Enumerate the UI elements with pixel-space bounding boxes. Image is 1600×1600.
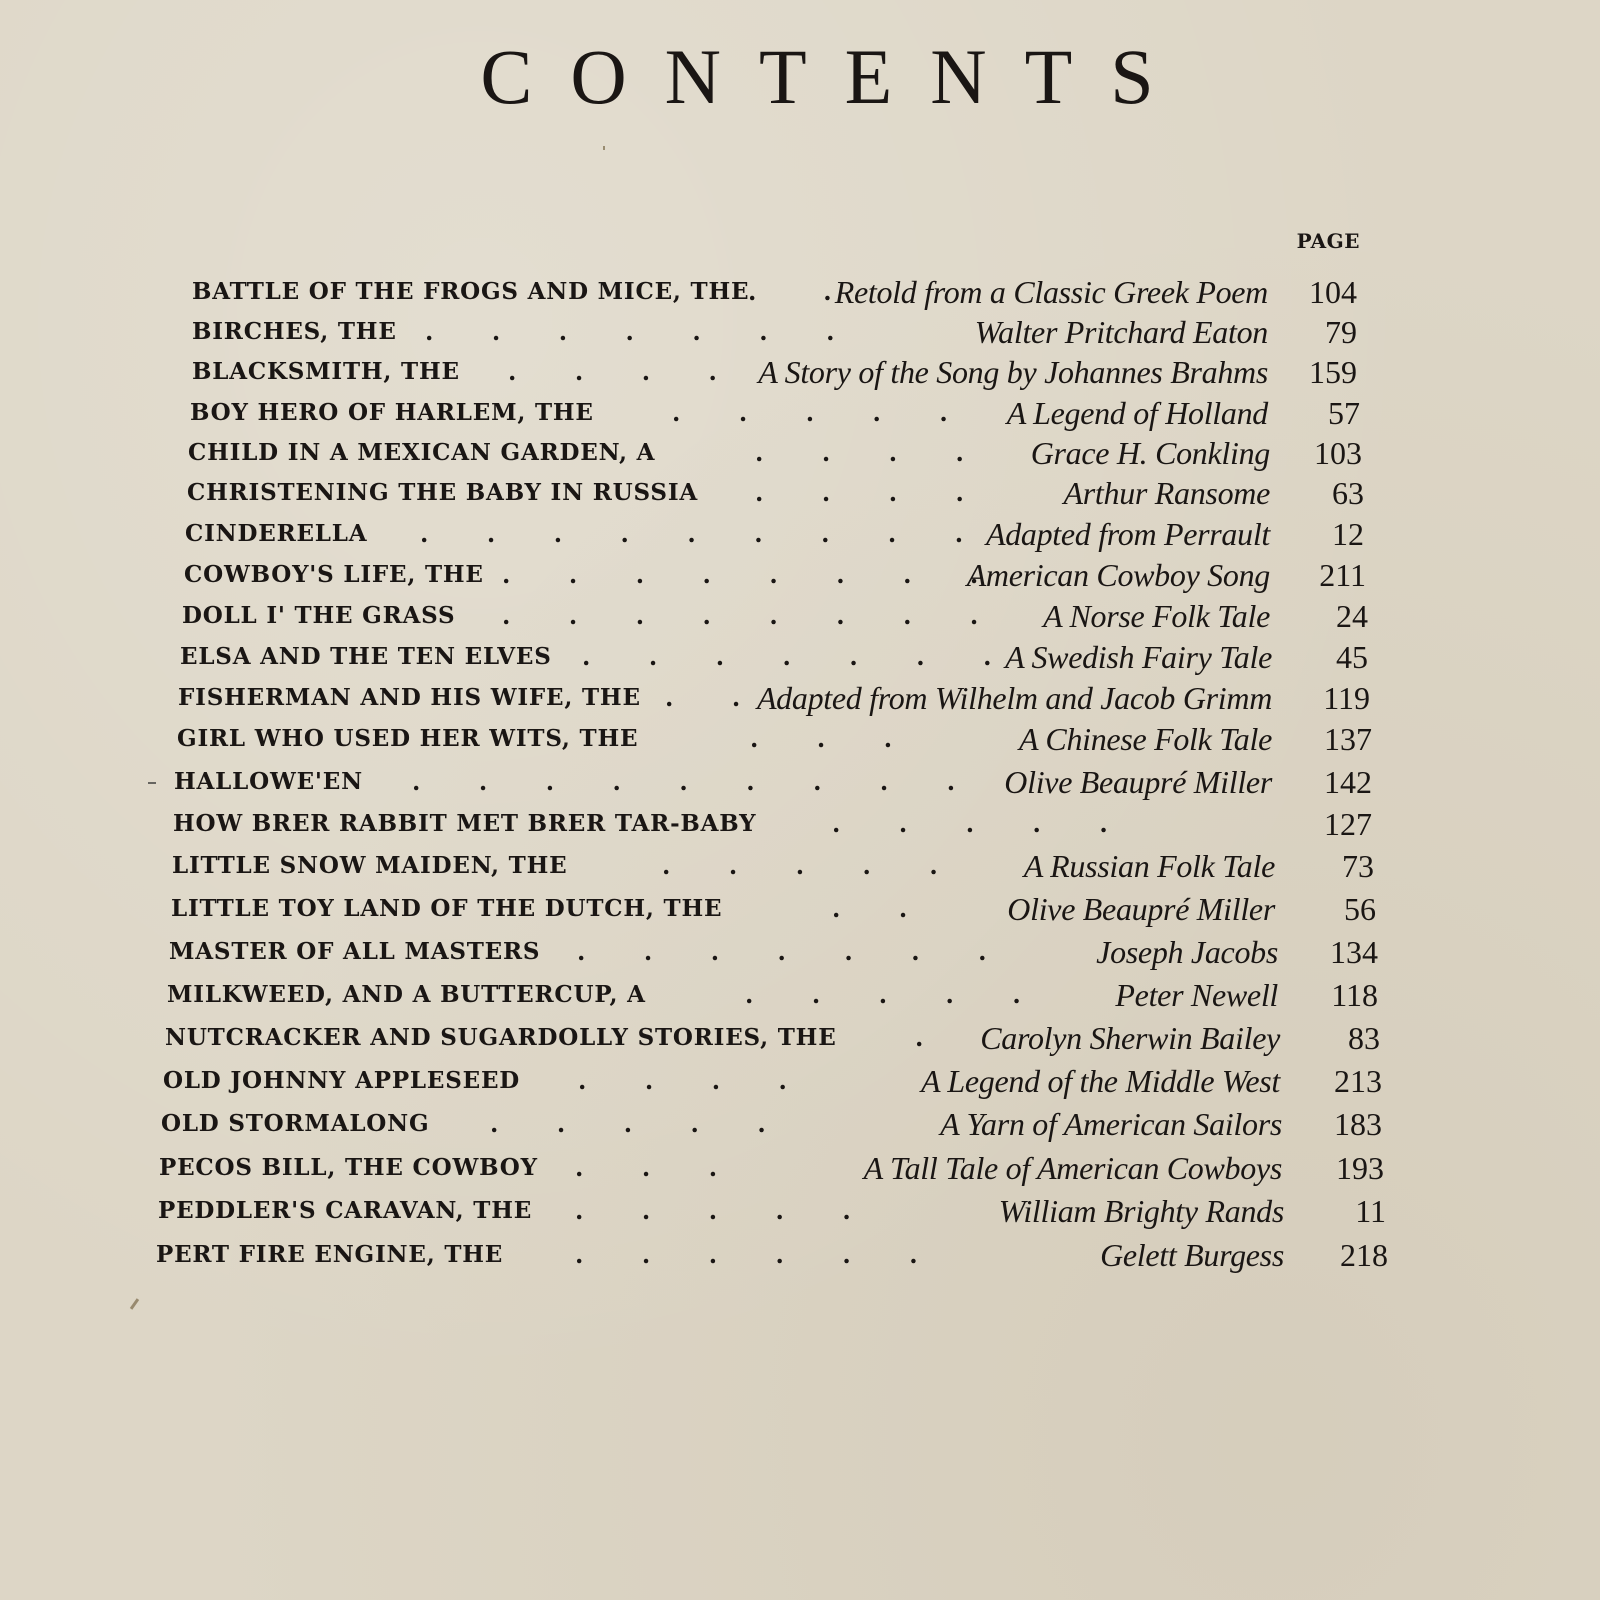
entry-source: A Legend of the Middle West — [921, 1061, 1280, 1101]
entry-source: Olive Beaupré Miller — [1004, 762, 1272, 802]
entry-source: Gelett Burgess — [1100, 1235, 1284, 1275]
entry-title: LITTLE SNOW MAIDEN, THE — [172, 846, 567, 886]
entry-source: A Russian Folk Tale — [1024, 846, 1275, 886]
toc-entry: PERT FIRE ENGINE, THE. . . . . .Gelett B… — [0, 1235, 1600, 1275]
dot-leader: . — [915, 1018, 923, 1058]
dot-leader: . . . . . — [662, 846, 938, 886]
entry-page-number: 57 — [1288, 393, 1360, 433]
entry-title: CHRISTENING THE BABY IN RUSSIA — [187, 473, 698, 513]
entry-page-number: 24 — [1296, 596, 1368, 636]
toc-entry: DOLL I' THE GRASS. . . . . . . .A Norse … — [0, 596, 1600, 636]
entry-title: GIRL WHO USED HER WITS, THE — [177, 719, 638, 759]
contents-page: CONTENTS PAGE BATTLE OF THE FROGS AND MI… — [0, 0, 1600, 1600]
entry-page-number: 118 — [1306, 975, 1378, 1015]
toc-entry: CHRISTENING THE BABY IN RUSSIA. . . .Art… — [0, 473, 1600, 513]
entry-page-number: 159 — [1285, 352, 1357, 392]
entry-page-number: 213 — [1310, 1061, 1382, 1101]
toc-entry: LITTLE TOY LAND OF THE DUTCH, THE. .Oliv… — [0, 889, 1600, 929]
entry-title: BOY HERO OF HARLEM, THE — [190, 393, 594, 433]
dot-leader: . . . . . . . . — [502, 596, 978, 636]
entry-title: BLACKSMITH, THE — [192, 352, 460, 392]
toc-entry: GIRL WHO USED HER WITS, THE. . .A Chines… — [0, 719, 1600, 759]
dot-leader: . . — [832, 889, 907, 929]
entry-title: PECOS BILL, THE COWBOY — [159, 1148, 538, 1188]
entry-page-number: 183 — [1310, 1104, 1382, 1144]
entry-source: Joseph Jacobs — [1096, 932, 1278, 972]
dot-leader: . . . . . . . — [582, 637, 991, 677]
entry-page-number: 79 — [1285, 312, 1357, 352]
entry-title: MILKWEED, AND A BUTTERCUP, A — [167, 975, 646, 1015]
paper-speck — [148, 782, 156, 784]
dot-leader: . . . . . — [832, 804, 1108, 844]
entry-page-number: 193 — [1312, 1148, 1384, 1188]
entry-source: A Tall Tale of American Cowboys — [864, 1148, 1282, 1188]
entry-source: Carolyn Sherwin Bailey — [980, 1018, 1280, 1058]
dot-leader: . . . . . — [490, 1104, 766, 1144]
dot-leader: . . . . — [755, 433, 964, 473]
entry-source: A Chinese Folk Tale — [1019, 719, 1272, 759]
toc-entry: LITTLE SNOW MAIDEN, THE. . . . .A Russia… — [0, 846, 1600, 886]
dot-leader: . . . . — [755, 473, 964, 513]
entry-title: OLD STORMALONG — [161, 1104, 429, 1144]
entry-source: William Brighty Rands — [999, 1191, 1284, 1231]
entry-title: HALLOWE'EN — [174, 762, 363, 802]
entry-title: FISHERMAN AND HIS WIFE, THE — [178, 678, 641, 718]
dot-leader: . . . . — [508, 352, 717, 392]
entry-source: Adapted from Wilhelm and Jacob Grimm — [757, 678, 1272, 718]
entry-title: LITTLE TOY LAND OF THE DUTCH, THE — [171, 889, 722, 929]
dot-leader: . . . . . . . — [577, 932, 986, 972]
toc-entry: ELSA AND THE TEN ELVES. . . . . . .A Swe… — [0, 637, 1600, 677]
toc-entry: BIRCHES, THE. . . . . . .Walter Pritchar… — [0, 312, 1600, 352]
entry-source: Olive Beaupré Miller — [1007, 889, 1275, 929]
toc-entry: MILKWEED, AND A BUTTERCUP, A. . . . .Pet… — [0, 975, 1600, 1015]
entry-source: A Legend of Holland — [1007, 393, 1268, 433]
entry-source: Grace H. Conkling — [1031, 433, 1270, 473]
entry-title: PEDDLER'S CARAVAN, THE — [158, 1191, 532, 1231]
entry-page-number: 142 — [1300, 762, 1372, 802]
toc-entry: MASTER OF ALL MASTERS. . . . . . .Joseph… — [0, 932, 1600, 972]
entry-source: A Norse Folk Tale — [1043, 596, 1270, 636]
entry-source: Adapted from Perrault — [986, 514, 1270, 554]
dot-leader: . . . . . — [575, 1191, 851, 1231]
entry-page-number: 137 — [1300, 719, 1372, 759]
entry-source: Arthur Ransome — [1064, 473, 1270, 513]
dot-leader: . . . . . — [745, 975, 1021, 1015]
page-column-label: PAGE — [1280, 229, 1360, 253]
toc-entry: CINDERELLA. . . . . . . . .Adapted from … — [0, 514, 1600, 554]
entry-title: MASTER OF ALL MASTERS — [169, 932, 540, 972]
toc-entry: BOY HERO OF HARLEM, THE. . . . .A Legend… — [0, 393, 1600, 433]
toc-entry: OLD JOHNNY APPLESEED. . . .A Legend of t… — [0, 1061, 1600, 1101]
toc-entry: FISHERMAN AND HIS WIFE, THE. .Adapted fr… — [0, 678, 1600, 718]
dot-leader: . . . — [575, 1148, 717, 1188]
entry-source: American Cowboy Song — [967, 555, 1270, 595]
toc-entry: NUTCRACKER AND SUGARDOLLY STORIES, THE.C… — [0, 1018, 1600, 1058]
entry-title: ELSA AND THE TEN ELVES — [180, 637, 552, 677]
entry-title: PERT FIRE ENGINE, THE — [156, 1235, 503, 1275]
entry-page-number: 104 — [1285, 272, 1357, 312]
entry-title: OLD JOHNNY APPLESEED — [163, 1061, 520, 1101]
toc-entry: HALLOWE'EN. . . . . . . . .Olive Beaupré… — [0, 762, 1600, 802]
dot-leader: . . . . . . . . . — [412, 762, 955, 802]
dot-leader: . . . . . . . . — [502, 555, 978, 595]
entry-title: CHILD IN A MEXICAN GARDEN, A — [188, 433, 655, 473]
toc-entry: BATTLE OF THE FROGS AND MICE, THE. .Reto… — [0, 272, 1600, 312]
entry-title: CINDERELLA — [185, 514, 367, 554]
entry-source: A Swedish Fairy Tale — [1005, 637, 1272, 677]
dot-leader: . . — [748, 272, 832, 312]
page-title: CONTENTS — [0, 38, 1600, 116]
entry-title: DOLL I' THE GRASS — [182, 596, 455, 636]
dot-leader: . . . — [750, 719, 892, 759]
toc-entry: PECOS BILL, THE COWBOY. . .A Tall Tale o… — [0, 1148, 1600, 1188]
entry-page-number: 103 — [1290, 433, 1362, 473]
dot-leader: . . . . . . — [575, 1235, 918, 1275]
entry-page-number: 45 — [1296, 637, 1368, 677]
paper-speck — [130, 1298, 139, 1310]
dot-leader: . . . . . — [672, 393, 948, 433]
entry-title: BATTLE OF THE FROGS AND MICE, THE — [192, 272, 749, 312]
entry-page-number: 11 — [1314, 1191, 1386, 1231]
entry-title: COWBOY'S LIFE, THE — [184, 555, 484, 595]
dot-leader: . . . . — [578, 1061, 787, 1101]
entry-page-number: 218 — [1316, 1235, 1388, 1275]
entry-title: BIRCHES, THE — [192, 312, 397, 352]
toc-entry: HOW BRER RABBIT MET BRER TAR-BABY. . . .… — [0, 804, 1600, 844]
toc-entry: CHILD IN A MEXICAN GARDEN, A. . . .Grace… — [0, 433, 1600, 473]
entry-source: Peter Newell — [1115, 975, 1278, 1015]
entry-source: A Story of the Song by Johannes Brahms — [758, 352, 1268, 392]
toc-entry: PEDDLER'S CARAVAN, THE. . . . .William B… — [0, 1191, 1600, 1231]
dot-leader: . . . . . . . — [425, 312, 834, 352]
toc-entry: COWBOY'S LIFE, THE. . . . . . . .America… — [0, 555, 1600, 595]
entry-page-number: 56 — [1304, 889, 1376, 929]
entry-page-number: 211 — [1294, 555, 1366, 595]
entry-page-number: 63 — [1292, 473, 1364, 513]
paper-speck — [603, 146, 605, 150]
entry-source: Retold from a Classic Greek Poem — [835, 272, 1268, 312]
toc-entry: BLACKSMITH, THE. . . .A Story of the Son… — [0, 352, 1600, 392]
entry-title: NUTCRACKER AND SUGARDOLLY STORIES, THE — [165, 1018, 837, 1058]
entry-source: Walter Pritchard Eaton — [975, 312, 1268, 352]
entry-title: HOW BRER RABBIT MET BRER TAR-BABY — [173, 804, 756, 844]
entry-source: A Yarn of American Sailors — [940, 1104, 1282, 1144]
entry-page-number: 12 — [1292, 514, 1364, 554]
dot-leader: . . — [665, 678, 740, 718]
entry-page-number: 83 — [1308, 1018, 1380, 1058]
toc-entry: OLD STORMALONG. . . . .A Yarn of America… — [0, 1104, 1600, 1144]
dot-leader: . . . . . . . . . — [420, 514, 963, 554]
entry-page-number: 73 — [1302, 846, 1374, 886]
entry-page-number: 127 — [1300, 804, 1372, 844]
entry-page-number: 119 — [1298, 678, 1370, 718]
entry-page-number: 134 — [1306, 932, 1378, 972]
